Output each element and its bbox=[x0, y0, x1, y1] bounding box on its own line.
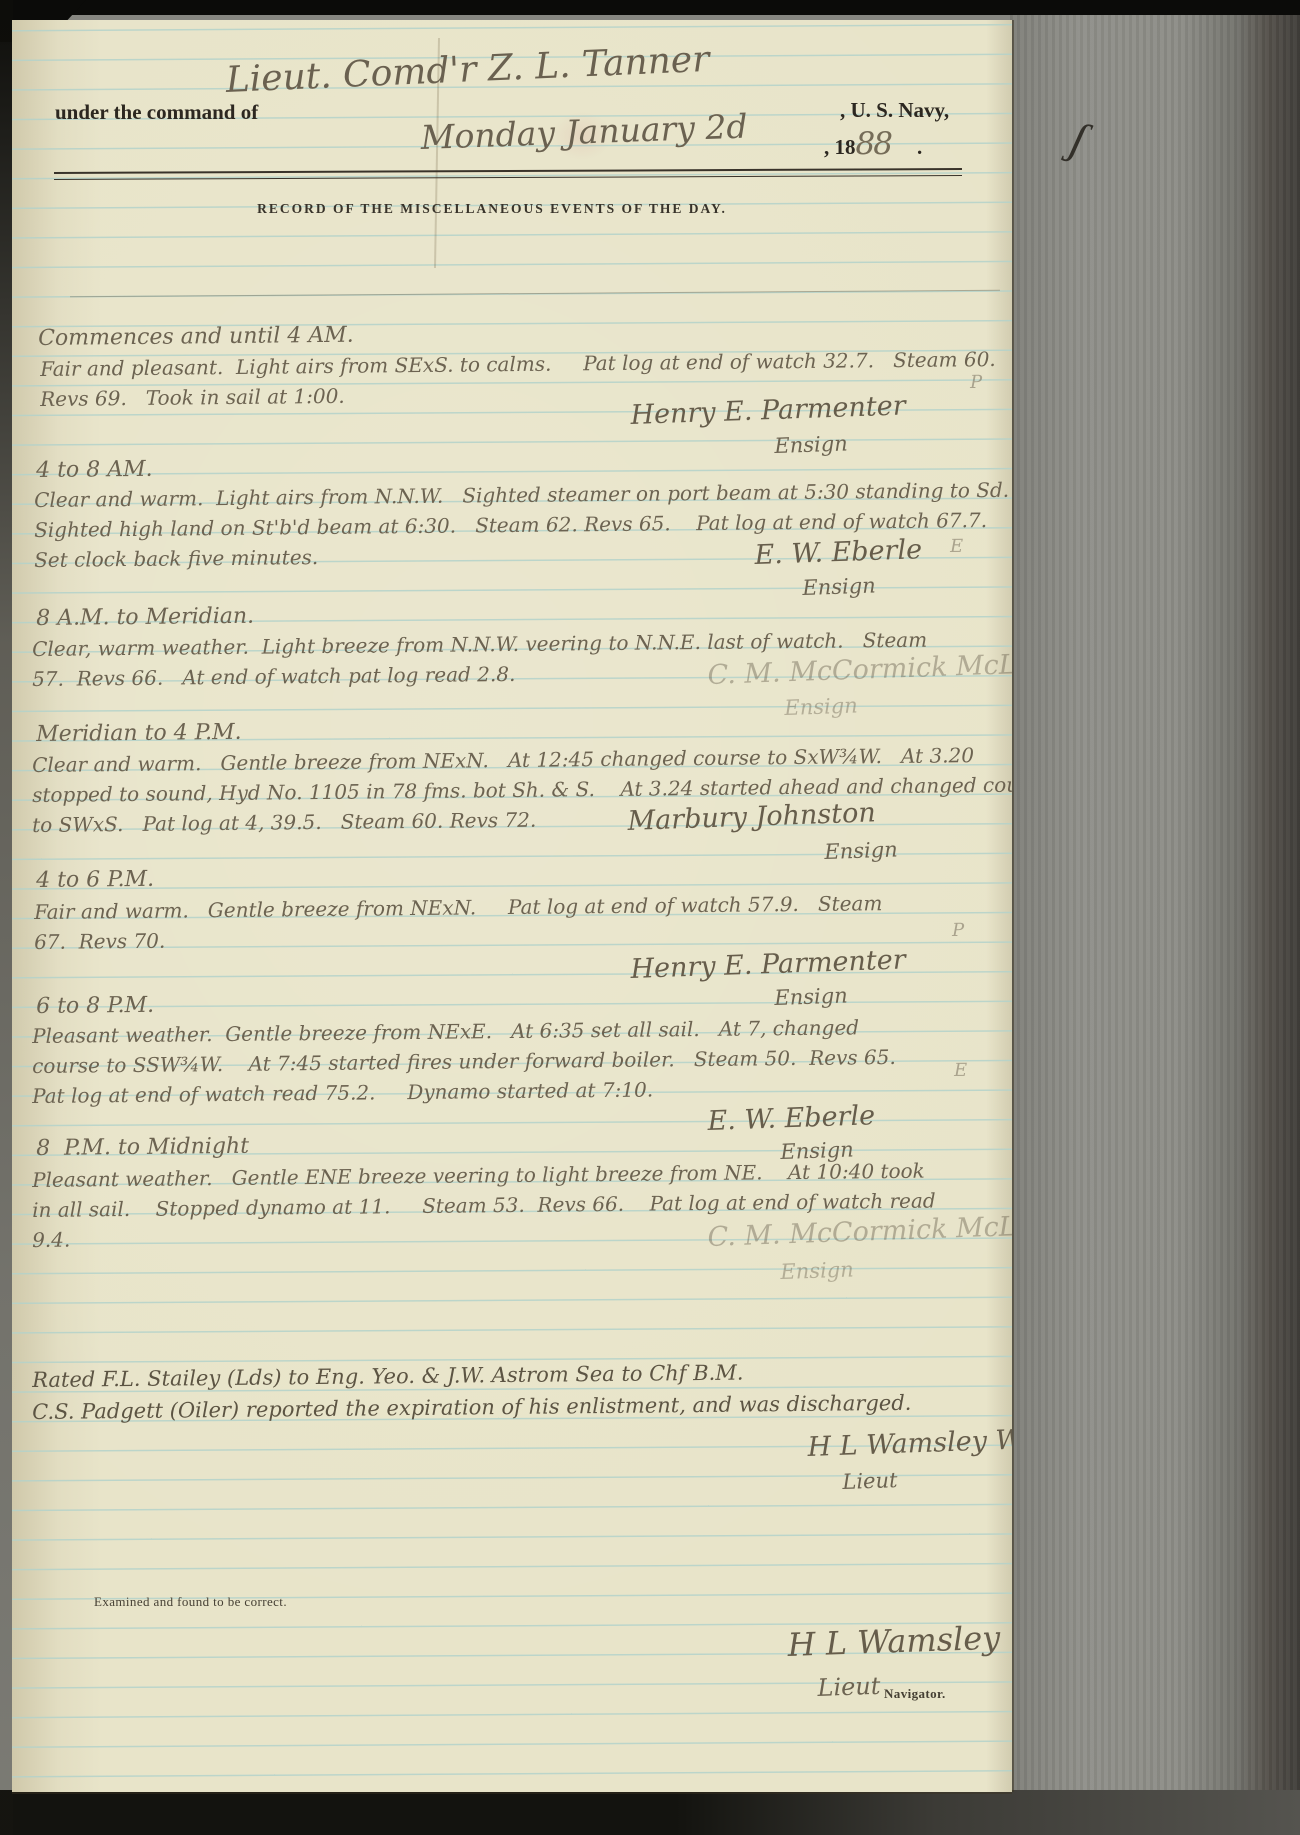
printed-navigator-label: Navigator. bbox=[884, 1686, 946, 1702]
year-handwritten: 88 bbox=[856, 126, 891, 162]
officer-rank: Lieut bbox=[842, 1468, 898, 1494]
watch-heading: 8 A.M. to Meridian. bbox=[36, 604, 254, 631]
year-group: , 1888. bbox=[824, 126, 922, 162]
officer-rank: Ensign bbox=[774, 431, 848, 458]
officer-rank: Ensign bbox=[784, 693, 858, 720]
navigator-rank: Lieut bbox=[817, 1672, 881, 1702]
log-line: 67. Revs 70. bbox=[34, 929, 165, 954]
scan-bottom-backing bbox=[0, 1790, 1300, 1835]
margin-initial: E bbox=[954, 1060, 967, 1081]
officer-rank: Ensign bbox=[824, 837, 898, 864]
logbook-page: under the command of Lieut. Comd'r Z. L.… bbox=[12, 20, 1012, 1792]
scan-top-edge bbox=[0, 0, 1300, 15]
margin-initial: P bbox=[970, 372, 982, 393]
officer-signature: E. W. Eberle bbox=[754, 534, 923, 571]
navigator-signature: H L Wamsley bbox=[787, 1619, 1001, 1664]
printed-year-period: . bbox=[917, 135, 922, 160]
log-line: Revs 69. Took in sail at 1:00. bbox=[40, 384, 345, 411]
record-title: RECORD OF THE MISCELLANEOUS EVENTS OF TH… bbox=[12, 201, 972, 217]
officer-signature: E. W. Eberle bbox=[707, 1100, 876, 1137]
watch-heading: 8 P.M. to Midnight bbox=[36, 1134, 249, 1161]
watch-heading: 6 to 8 P.M. bbox=[36, 993, 154, 1019]
log-line: Set clock back five minutes. bbox=[34, 545, 318, 572]
scanned-logbook-image: ʃ under the command of Lieut. Comd'r Z. … bbox=[0, 0, 1300, 1835]
watch-heading: 4 to 6 P.M. bbox=[36, 867, 154, 893]
watch-heading: Meridian to 4 P.M. bbox=[36, 720, 242, 747]
watch-heading: Commences and until 4 AM. bbox=[38, 323, 354, 351]
officer-rank: Ensign bbox=[774, 983, 848, 1010]
watch-heading: 4 to 8 AM. bbox=[36, 457, 153, 483]
log-line: 57. Revs 66. At end of watch pat log rea… bbox=[32, 662, 515, 691]
margin-initial: P bbox=[952, 920, 964, 941]
margin-initial: E bbox=[950, 536, 963, 557]
printed-navy-suffix: , U. S. Navy, bbox=[840, 98, 949, 123]
printed-year-prefix: , 18 bbox=[824, 135, 856, 160]
log-line: 9.4. bbox=[32, 1228, 70, 1252]
officer-rank: Ensign bbox=[780, 1257, 854, 1284]
examined-statement: Examined and found to be correct. bbox=[94, 1594, 287, 1610]
officer-rank: Ensign bbox=[802, 573, 876, 600]
printed-command-prefix: under the command of bbox=[55, 100, 258, 125]
scan-right-backing bbox=[1010, 0, 1300, 1835]
